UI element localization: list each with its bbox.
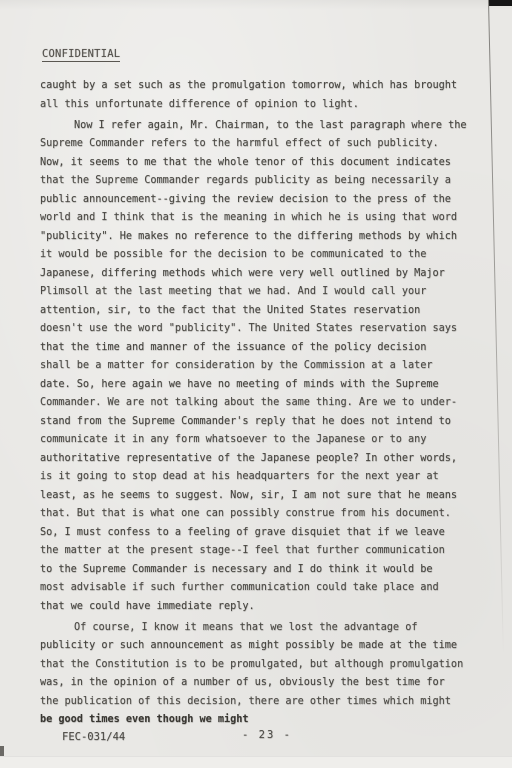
document-line: that the Constitution is to be promulgat… [40,656,508,675]
document-line: Now, it seems to me that the whole tenor… [40,154,508,173]
document-line: doesn't use the word "publicity". The Un… [40,320,508,339]
document-line: be good times even though we might [40,711,508,730]
document-body: caught by a set such as the promulgation… [40,77,508,730]
classification-stamp: CONFIDENTIAL [42,48,120,62]
document-line: Plimsoll at the last meeting that we had… [40,283,508,302]
document-line: world and I think that is the meaning in… [40,209,508,228]
document-line: stand from the Supreme Commander's reply… [40,413,508,432]
scanned-document-page: { "document": { "classification": "CONFI… [0,0,512,768]
document-line: caught by a set such as the promulgation… [40,77,508,96]
document-line: date. So, here again we have no meeting … [40,376,508,395]
document-line: Now I refer again, Mr. Chairman, to the … [40,117,508,136]
document-line: Commander. We are not talking about the … [40,394,508,413]
document-line: the publication of this decision, there … [40,693,508,712]
document-line: Japanese, differing methods which were v… [40,265,508,284]
document-line: public announcement--giving the review d… [40,191,508,210]
document-reference: FEC-031/44 [62,731,125,743]
document-line: "publicity". He makes no reference to th… [40,228,508,247]
document-line: that. But that is what one can possibly … [40,505,508,524]
page-number: - 23 - [242,729,292,741]
document-line: was, in the opinion of a number of us, o… [40,674,508,693]
document-line: Of course, I know it means that we lost … [40,619,508,638]
document-line: shall be a matter for consideration by t… [40,357,508,376]
page-bottom-edge [0,756,512,768]
document-line: all this unfortunate difference of opini… [40,96,508,115]
document-line: attention, sir, to the fact that the Uni… [40,302,508,321]
document-line: is it going to stop dead at his headquar… [40,468,508,487]
document-line: that the Supreme Commander regards publi… [40,172,508,191]
document-line: to the Supreme Commander is necessary an… [40,561,508,580]
document-line: least, as he seems to suggest. Now, sir,… [40,487,508,506]
document-line: most advisable if such further communica… [40,579,508,598]
document-line: So, I must confess to a feeling of grave… [40,524,508,543]
document-line: Supreme Commander refers to the harmful … [40,135,508,154]
document-line: authoritative representative of the Japa… [40,450,508,469]
document-line: that we could have immediate reply. [40,598,508,617]
document-line: that the time and manner of the issuance… [40,339,508,358]
document-line: the matter at the present stage--I feel … [40,542,508,561]
document-line: it would be possible for the decision to… [40,246,508,265]
scan-mark-top-right [489,0,512,6]
document-line: communicate it in any form whatsoever to… [40,431,508,450]
document-line: publicity or such announcement as might … [40,637,508,656]
